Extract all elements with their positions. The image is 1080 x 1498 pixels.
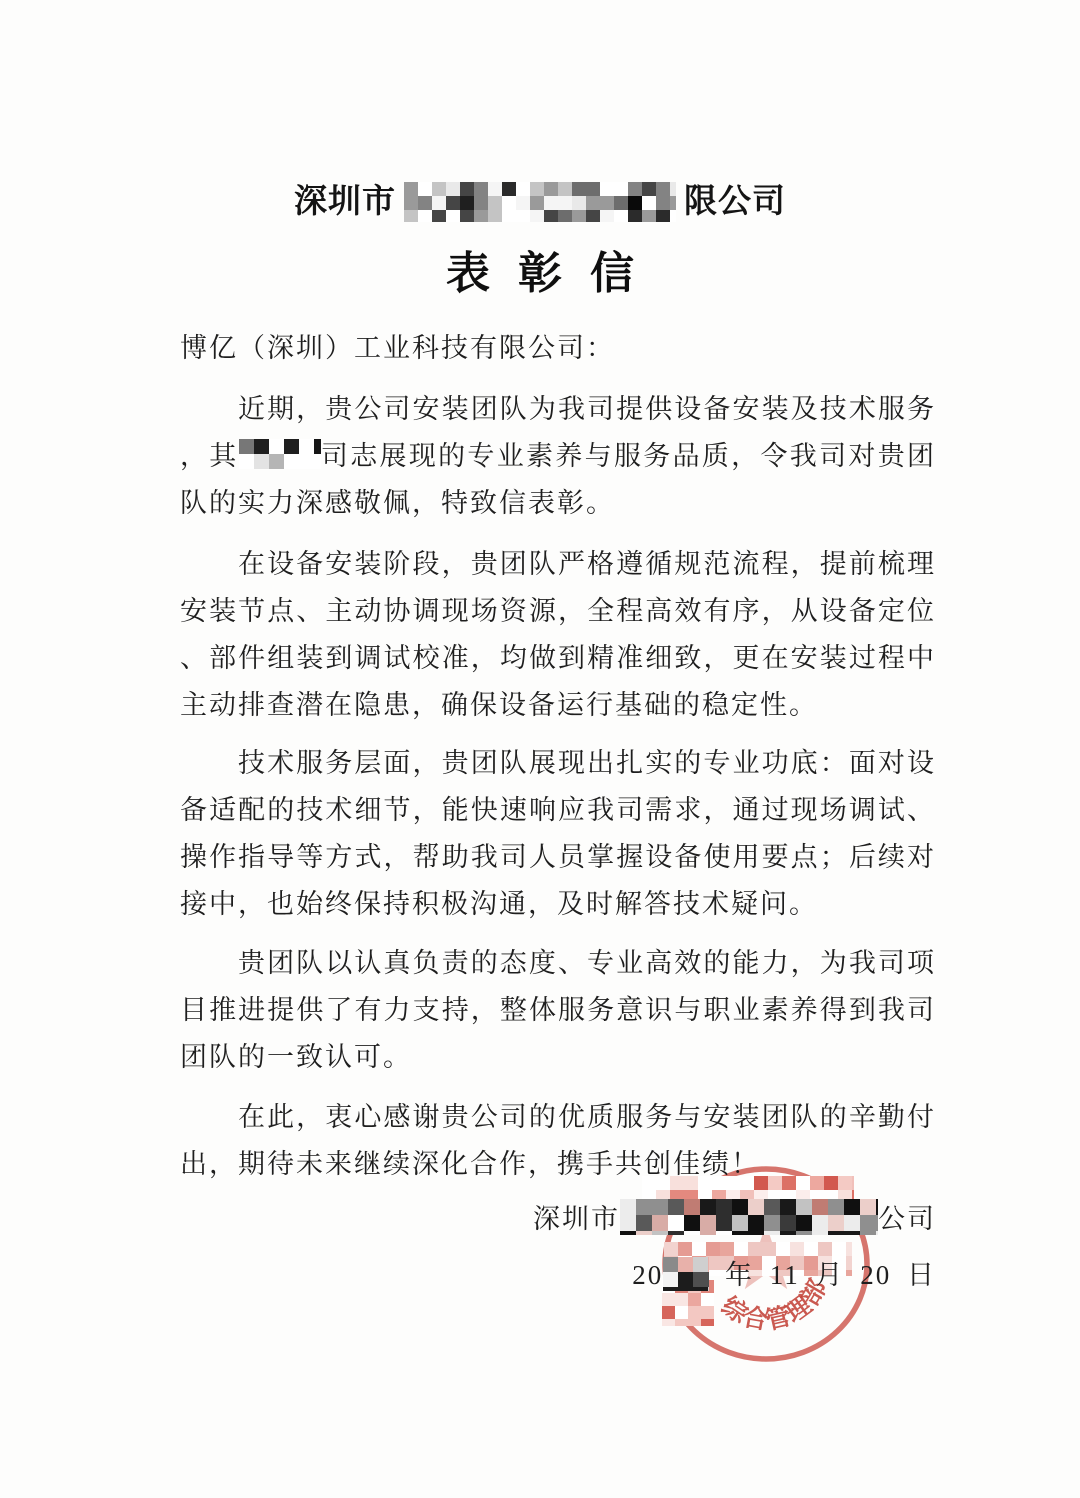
date-suffix: 年 11 月 20 日 [725,1260,936,1290]
company-name-redaction [404,182,676,222]
company-title-line: 深圳市 限公司 [0,180,1080,224]
paragraph-3: 技术服务层面，贵团队展现出扎实的专业功底：面对设备适配的技术细节，能快速响应我司… [180,740,936,928]
document-title: 表彰信 [446,245,662,303]
signature-prefix: 深圳市 [533,1204,620,1234]
date-prefix: 20 [632,1260,663,1290]
paragraph-5: 在此，衷心感谢贵公司的优质服务与安装团队的辛勤付出，期待未来继续深化合作，携手共… [180,1094,936,1188]
person-name-redaction [239,439,321,469]
date-line: 20 年 11 月 20 日 [180,1252,936,1299]
addressee-line: 博亿（深圳）工业科技有限公司： [180,325,936,372]
company-title-prefix: 深圳市 [294,180,396,224]
company-title-suffix: 限公司 [684,180,786,224]
paragraph-2: 在设备安装阶段，贵团队严格遵循规范流程，提前梳理安装节点、主动协调现场资源，全程… [180,541,936,729]
signature-suffix: 公司 [878,1204,936,1234]
paragraph-1: 近期，贵公司安装团队为我司提供设备安装及技术服务，其司志展现的专业素养与服务品质… [180,386,936,527]
letter-header: 深圳市 限公司 表彰信 [0,180,1080,303]
year-digits-redaction [663,1257,709,1291]
signature-company-redaction [620,1199,878,1235]
letter-body: 博亿（深圳）工业科技有限公司： 近期，贵公司安装团队为我司提供设备安装及技术服务… [180,325,936,1299]
letter-page: 综合管理部 深圳市 限公司 表彰信 博亿（深圳）工业科技有限公司： 近期，贵公司… [0,0,1080,1498]
signature-line: 深圳市公司 [180,1196,936,1243]
paragraph-4: 贵团队以认真负责的态度、专业高效的能力，为我司项目推进提供了有力支持，整体服务意… [180,940,936,1081]
